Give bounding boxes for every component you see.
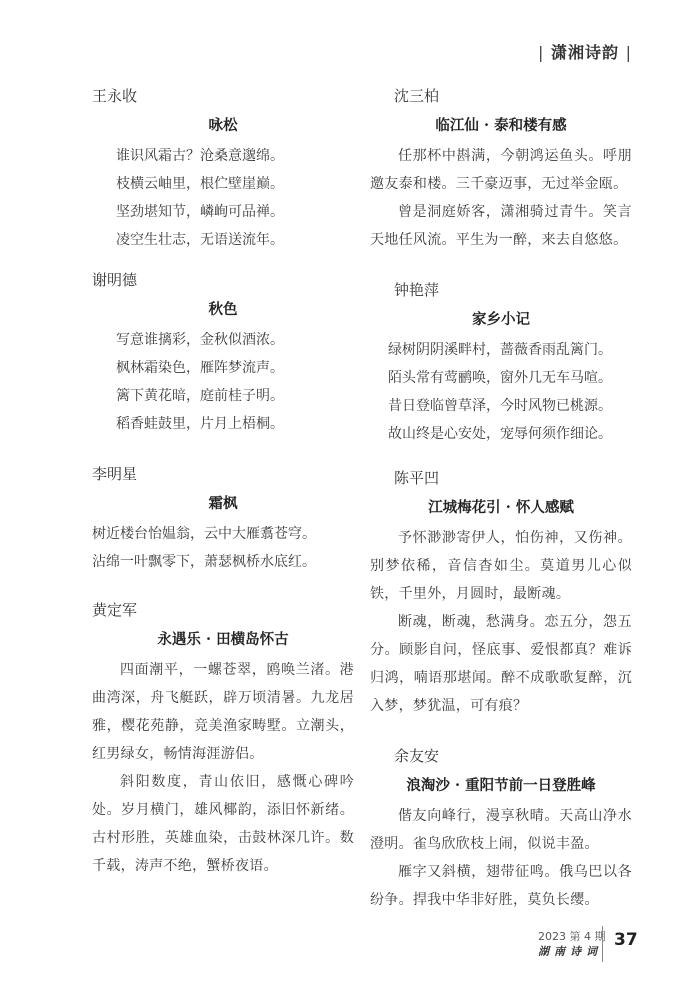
- issue-label: 2023 第 4 期: [538, 928, 605, 944]
- section-tag-bar-right: |: [626, 43, 632, 62]
- section-tag-bar-left: |: [538, 43, 544, 62]
- poem-title: 秋色: [92, 298, 354, 322]
- poem-shen-sanbai: 沈三柏 临江仙 · 泰和楼有感 任那杯中斟满，今朝鸿运鱼头。呼朋邀友泰和楼。三千…: [370, 84, 632, 254]
- poem-title: 临江仙 · 泰和楼有感: [370, 114, 632, 138]
- poem-li-mingxing: 李明星 霜枫 树近楼台怡媪翁，云中大雁翥苍穹。 沾绵一叶飘零下，萧瑟枫桥水底红。: [92, 462, 354, 576]
- poem-line: 枝横云岫里，根伫壁崖巅。: [92, 170, 354, 198]
- poem-paragraph: 任那杯中斟满，今朝鸿运鱼头。呼朋邀友泰和楼。三千豪迈事，无过举金瓯。: [370, 142, 632, 198]
- poem-line: 稻香蛙鼓里，片月上梧桐。: [92, 410, 354, 438]
- poem-paragraph: 偕友向峰行，漫享秋晴。天高山净水澄明。雀鸟欣欣枝上闹，似说丰盈。: [370, 802, 632, 858]
- poem-paragraph: 斜阳数度，青山依旧，感慨心碑吟处。岁月横门，雄风椰韵，添旧怀新绪。古村形胜，英雄…: [92, 768, 354, 880]
- poem-author: 钟艳萍: [370, 278, 632, 302]
- poem-author: 沈三柏: [370, 84, 632, 108]
- poem-huang-dingjun: 黄定军 永遇乐 · 田横岛怀古 四面潮平，一螺苍翠，鸥唤兰渚。港曲湾深，舟飞艇跃…: [92, 598, 354, 880]
- page-footer: 2023 第 4 期 湖南诗词 37: [538, 928, 678, 968]
- poem-line: 故山终是心安处，宠辱何须作细论。: [370, 420, 632, 448]
- poem-line: 陌头常有莺鹂唤，窗外几无车马喧。: [370, 364, 632, 392]
- poem-line: 绿树阴阴溪畔村，蔷薇香雨乱篱门。: [370, 336, 632, 364]
- poem-author: 王永收: [92, 84, 354, 108]
- poem-line: 昔日登临曾草泽，今时风物已桃源。: [370, 392, 632, 420]
- poem-yu-youan: 余友安 浪淘沙 · 重阳节前一日登胜峰 偕友向峰行，漫享秋晴。天高山净水澄明。雀…: [370, 744, 632, 914]
- page-number: 37: [614, 930, 638, 950]
- poem-line: 凌空生壮志，无语送流年。: [92, 226, 354, 254]
- poem-title: 江城梅花引 · 怀人感赋: [370, 496, 632, 520]
- poem-title: 家乡小记: [370, 308, 632, 332]
- section-name: 潇湘诗韵: [551, 43, 619, 62]
- poem-title: 咏松: [92, 114, 354, 138]
- poem-paragraph: 曾是洞庭娇客，潇湘骑过青牛。笑言天地任风流。平生为一醉，来去自悠悠。: [370, 198, 632, 254]
- poem-author: 谢明德: [92, 268, 354, 292]
- footer-divider: [602, 926, 603, 962]
- poem-line: 谁识风霜古？沧桑意邈绵。: [92, 142, 354, 170]
- poem-title: 浪淘沙 · 重阳节前一日登胜峰: [370, 774, 632, 798]
- poem-wang-yongshou: 王永收 咏松 谁识风霜古？沧桑意邈绵。 枝横云岫里，根伫壁崖巅。 坚劲堪知节，嶙…: [92, 84, 354, 254]
- poem-xie-mingde: 谢明德 秋色 写意谁摛彩，金秋似酒浓。 枫林霜染色，雁阵梦流声。 篱下黄花暗，庭…: [92, 268, 354, 438]
- poem-paragraph: 雁字又斜横，翅带征鸣。俄乌巴以各纷争。捍我中华非好胜，莫负长缨。: [370, 858, 632, 914]
- poem-line: 沾绵一叶飘零下，萧瑟枫桥水底红。: [92, 548, 354, 576]
- poem-line: 枫林霜染色，雁阵梦流声。: [92, 354, 354, 382]
- poem-chen-pingao: 陈平凹 江城梅花引 · 怀人感赋 予怀渺渺寄伊人，怕伤神，又伤神。别梦依稀，音信…: [370, 466, 632, 720]
- poem-author: 余友安: [370, 744, 632, 768]
- poem-zhong-yanping: 钟艳萍 家乡小记 绿树阴阴溪畔村，蔷薇香雨乱篱门。 陌头常有莺鹂唤，窗外几无车马…: [370, 278, 632, 448]
- poem-paragraph: 断魂，断魂，愁满身。恋五分，怨五分。顾影自问，怪底事、爱恨都真？难诉归鸿，喃语那…: [370, 608, 632, 720]
- poem-author: 李明星: [92, 462, 354, 486]
- poem-paragraph: 四面潮平，一螺苍翠，鸥唤兰渚。港曲湾深，舟飞艇跃，辟万顷清暑。九龙居雅，樱花苑静…: [92, 656, 354, 768]
- section-tag: | 潇湘诗韵 |: [538, 40, 632, 63]
- poem-author: 黄定军: [92, 598, 354, 622]
- magazine-name: 湖南诗词: [538, 943, 602, 959]
- poem-line: 写意谁摛彩，金秋似酒浓。: [92, 326, 354, 354]
- poem-paragraph: 予怀渺渺寄伊人，怕伤神，又伤神。别梦依稀，音信杳如尘。莫道男儿心似铁，千里外，月…: [370, 524, 632, 608]
- poem-line: 篱下黄花暗，庭前桂子明。: [92, 382, 354, 410]
- poem-line: 坚劲堪知节，嶙峋可品禅。: [92, 198, 354, 226]
- poem-author: 陈平凹: [370, 466, 632, 490]
- poem-title: 永遇乐 · 田横岛怀古: [92, 628, 354, 652]
- poem-title: 霜枫: [92, 492, 354, 516]
- poem-line: 树近楼台怡媪翁，云中大雁翥苍穹。: [92, 520, 354, 548]
